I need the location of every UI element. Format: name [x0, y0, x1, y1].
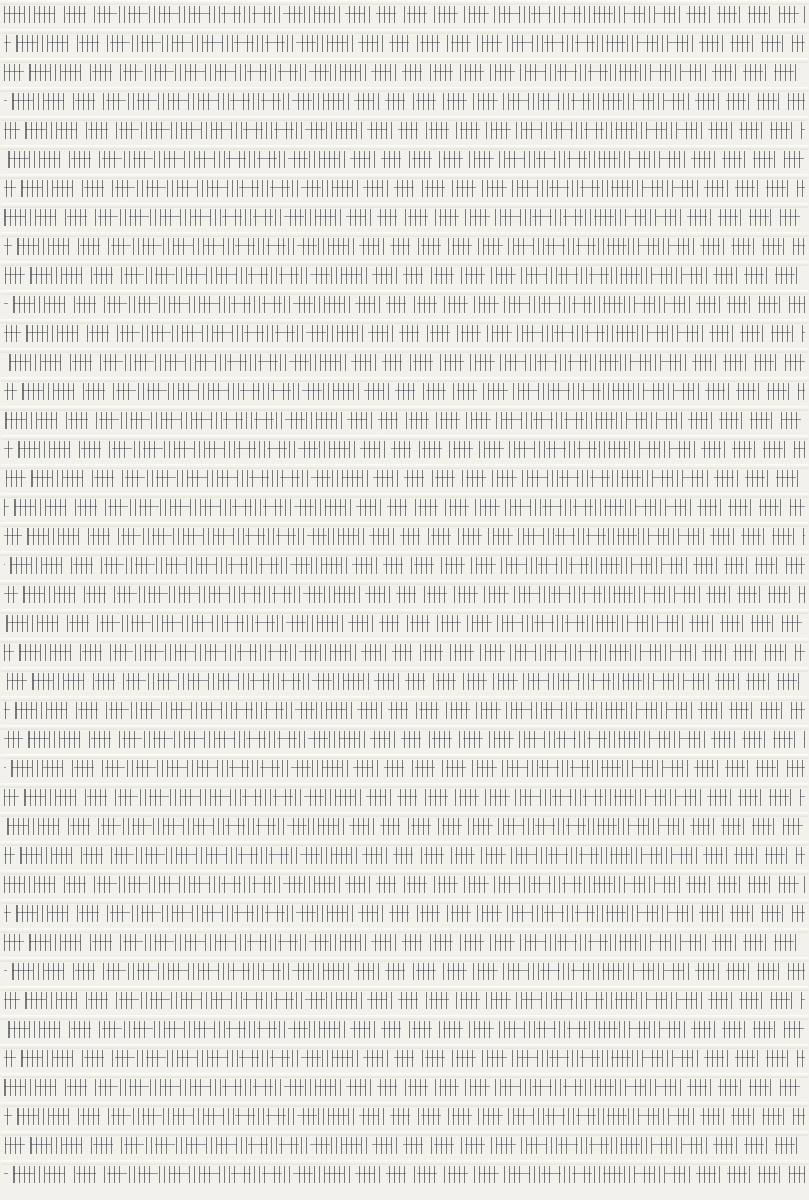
tally-strike	[4, 854, 805, 855]
tally-row	[0, 667, 809, 696]
tally-row	[0, 435, 809, 464]
paint-ridge	[0, 870, 809, 875]
tally-row	[0, 464, 809, 493]
tally-strike	[4, 1115, 805, 1116]
paint-ridge	[0, 58, 809, 63]
tally-marks	[4, 267, 805, 284]
tally-row	[0, 87, 809, 116]
artwork-canvas	[0, 0, 809, 1200]
tally-strike	[4, 564, 805, 565]
tally-row	[0, 290, 809, 319]
paint-ridge	[0, 377, 809, 382]
tally-marks	[4, 296, 805, 313]
tally-marks	[4, 151, 805, 168]
tally-row	[0, 232, 809, 261]
paint-ridge	[0, 783, 809, 788]
tally-strike	[4, 709, 805, 710]
tally-strike	[4, 999, 805, 1000]
tally-row	[0, 29, 809, 58]
tally-marks	[4, 818, 805, 835]
tally-marks	[4, 383, 805, 400]
tally-row	[0, 870, 809, 899]
paint-ridge	[0, 1073, 809, 1078]
paint-ridge	[0, 696, 809, 701]
tally-strike	[4, 129, 805, 130]
paint-ridge	[0, 348, 809, 353]
tally-strike	[4, 1086, 805, 1087]
paint-ridge	[0, 464, 809, 469]
tally-strike	[4, 332, 805, 333]
tally-row	[0, 522, 809, 551]
tally-strike	[4, 796, 805, 797]
paint-ridge	[0, 638, 809, 643]
tally-row	[0, 812, 809, 841]
tally-marks	[4, 64, 805, 81]
tally-strike	[4, 419, 805, 420]
tally-marks	[4, 557, 805, 574]
tally-row	[0, 1044, 809, 1073]
tally-row	[0, 609, 809, 638]
tally-strike	[4, 941, 805, 942]
tally-row	[0, 928, 809, 957]
paint-ridge	[0, 1102, 809, 1107]
tally-strike	[4, 477, 805, 478]
paint-ridge	[0, 1015, 809, 1020]
tally-marks	[4, 1050, 805, 1067]
tally-row	[0, 174, 809, 203]
tally-marks	[4, 499, 805, 516]
tally-row	[0, 638, 809, 667]
paint-ridge	[0, 1044, 809, 1049]
paint-ridge	[0, 841, 809, 846]
tally-marks	[4, 934, 805, 951]
tally-row	[0, 261, 809, 290]
tally-strike	[4, 506, 805, 507]
tally-marks	[4, 963, 805, 980]
tally-row	[0, 783, 809, 812]
tally-marks	[4, 586, 805, 603]
paint-ridge	[0, 551, 809, 556]
paint-ridge	[0, 290, 809, 295]
tally-strike	[4, 390, 805, 391]
tally-row	[0, 1131, 809, 1160]
tally-row	[0, 1015, 809, 1044]
paint-ridge	[0, 0, 809, 5]
paint-ridge	[0, 116, 809, 121]
paint-ridge	[0, 87, 809, 92]
paint-ridge	[0, 725, 809, 730]
tally-strike	[4, 738, 805, 739]
tally-row	[0, 348, 809, 377]
paint-ridge	[0, 957, 809, 962]
tally-strike	[4, 883, 805, 884]
paint-ridge	[0, 406, 809, 411]
tally-row	[0, 116, 809, 145]
tally-strike	[4, 216, 805, 217]
tally-row	[0, 551, 809, 580]
tally-row	[0, 0, 809, 29]
tally-marks	[4, 122, 805, 139]
tally-marks	[4, 1137, 805, 1154]
paint-ridge	[0, 899, 809, 904]
tally-strike	[4, 825, 805, 826]
tally-strike	[4, 1144, 805, 1145]
paint-ridge	[0, 1160, 809, 1165]
tally-row	[0, 319, 809, 348]
tally-row	[0, 841, 809, 870]
tally-marks	[4, 238, 805, 255]
paint-ridge	[0, 261, 809, 266]
tally-marks	[4, 789, 805, 806]
tally-row	[0, 1160, 809, 1189]
paint-ridge	[0, 667, 809, 672]
paint-ridge	[0, 522, 809, 527]
tally-marks	[4, 412, 805, 429]
tally-strike	[4, 42, 805, 43]
tally-marks	[4, 528, 805, 545]
paint-ridge	[0, 319, 809, 324]
tally-marks	[4, 1021, 805, 1038]
paint-ridge	[0, 754, 809, 759]
tally-marks	[4, 93, 805, 110]
paint-ridge	[0, 493, 809, 498]
tally-row	[0, 899, 809, 928]
tally-marks	[4, 470, 805, 487]
tally-marks	[4, 673, 805, 690]
tally-strike	[4, 303, 805, 304]
paint-ridge	[0, 580, 809, 585]
paint-ridge	[0, 1131, 809, 1136]
tally-row	[0, 203, 809, 232]
paint-ridge	[0, 435, 809, 440]
tally-row	[0, 58, 809, 87]
tally-marks	[4, 180, 805, 197]
tally-row	[0, 145, 809, 174]
tally-marks	[4, 760, 805, 777]
tally-strike	[4, 651, 805, 652]
tally-strike	[4, 767, 805, 768]
tally-row	[0, 986, 809, 1015]
tally-marks	[4, 905, 805, 922]
tally-row	[0, 493, 809, 522]
paint-ridge	[0, 812, 809, 817]
tally-strike	[4, 71, 805, 72]
tally-row	[0, 725, 809, 754]
tally-strike	[4, 593, 805, 594]
tally-marks	[4, 615, 805, 632]
tally-marks	[4, 354, 805, 371]
tally-row	[0, 1073, 809, 1102]
tally-strike	[4, 912, 805, 913]
tally-strike	[4, 970, 805, 971]
tally-strike	[4, 1173, 805, 1174]
paint-ridge	[0, 232, 809, 237]
paint-ridge	[0, 986, 809, 991]
tally-marks	[4, 35, 805, 52]
tally-marks	[4, 1108, 805, 1125]
tally-marks	[4, 992, 805, 1009]
tally-row	[0, 957, 809, 986]
tally-marks	[4, 702, 805, 719]
tally-marks	[4, 441, 805, 458]
tally-strike	[4, 13, 805, 14]
tally-marks	[4, 325, 805, 342]
tally-row	[0, 754, 809, 783]
tally-marks	[4, 876, 805, 893]
tally-strike	[4, 1028, 805, 1029]
tally-strike	[4, 680, 805, 681]
tally-marks	[4, 1166, 805, 1183]
paint-ridge	[0, 928, 809, 933]
paint-ridge	[0, 29, 809, 34]
tally-marks	[4, 6, 805, 23]
tally-strike	[4, 187, 805, 188]
tally-strike	[4, 535, 805, 536]
tally-row	[0, 377, 809, 406]
tally-row	[0, 580, 809, 609]
tally-strike	[4, 361, 805, 362]
paint-ridge	[0, 174, 809, 179]
paint-ridge	[0, 145, 809, 150]
tally-strike	[4, 622, 805, 623]
tally-marks	[4, 731, 805, 748]
tally-row	[0, 406, 809, 435]
paint-ridge	[0, 609, 809, 614]
tally-row	[0, 1102, 809, 1131]
tally-strike	[4, 274, 805, 275]
tally-marks	[4, 644, 805, 661]
tally-strike	[4, 448, 805, 449]
tally-strike	[4, 158, 805, 159]
tally-marks	[4, 1079, 805, 1096]
tally-marks	[4, 209, 805, 226]
tally-marks	[4, 847, 805, 864]
tally-strike	[4, 100, 805, 101]
tally-strike	[4, 245, 805, 246]
paint-ridge	[0, 203, 809, 208]
tally-strike	[4, 1057, 805, 1058]
tally-row	[0, 696, 809, 725]
